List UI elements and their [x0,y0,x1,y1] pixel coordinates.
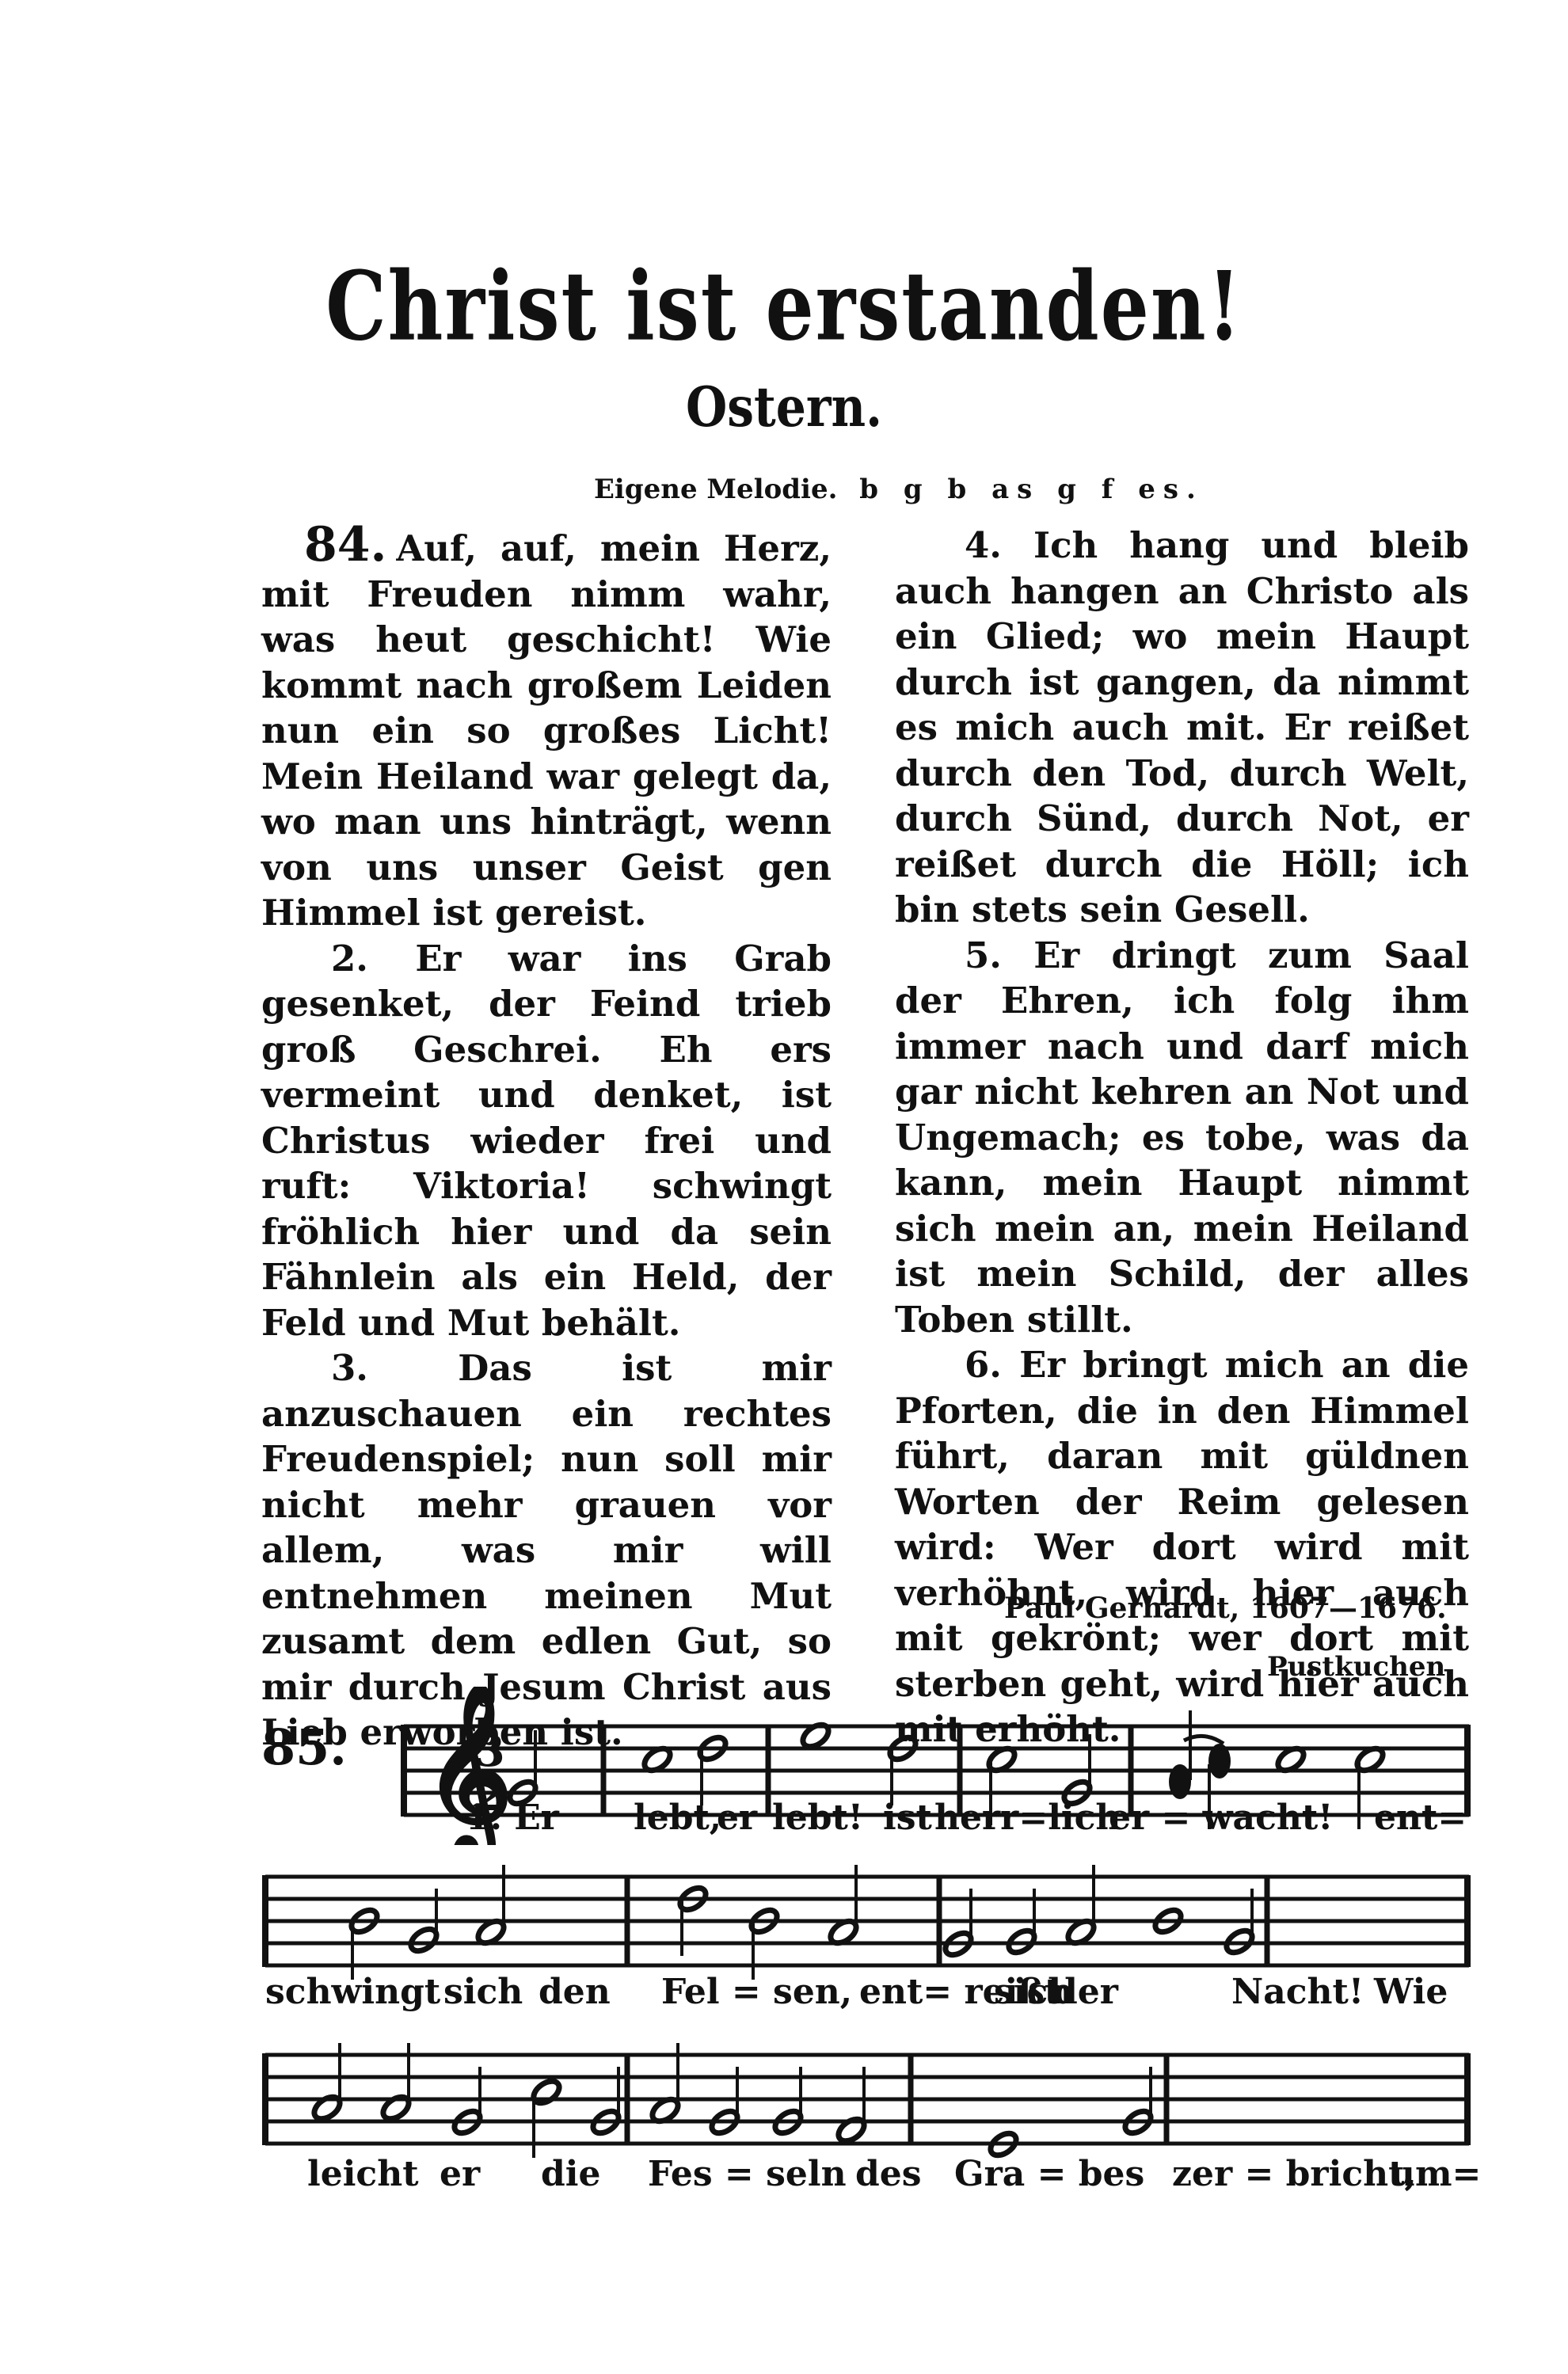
lyric: um= [1390,2154,1481,2194]
hymn85-number: 85. [261,1718,347,1776]
lyric: ent= [1374,1798,1467,1838]
hymn84-left-column: 84.Auf, auf, mein Herz, mit Freuden nimm… [261,523,832,1756]
verse-text: Er dringt zum Saal der Ehren, ich folg i… [895,934,1469,1341]
melody-label: Eigene Melodie. [594,474,837,505]
verse-text: Ich hang und bleib auch hangen an Christ… [895,524,1469,930]
lyrics-line-2: schwingt sich den Fel = sen, ent= reißt … [0,1972,1568,2019]
page-subtitle: Ostern. [0,376,1568,440]
hymn84-verse-2: 2. Er war ins Grab gesenket, der Feind t… [261,936,832,1346]
melody-line: Eigene Melodie. b g b as g f es. [594,474,1204,505]
lyric: er [717,1798,757,1838]
verse-number: 2. [331,938,368,980]
verse-text: Er war ins Grab gesenket, der Feind trie… [261,938,832,1344]
lyric: der [1053,1972,1118,2012]
hymn84-author: Paul Gerhardt, 1607—1676. [1004,1592,1447,1625]
lyric: Fes = seln [648,2154,847,2194]
lyric: er [440,2154,480,2194]
lyric: Nacht! [1231,1972,1364,2012]
lyric: lebt, [634,1798,721,1838]
lyric: lebt! [772,1798,863,1838]
melody-notes: b g b as g f es. [859,474,1204,505]
lyric: den [539,1972,611,2012]
verse-number: 5. [965,934,1002,976]
svg-text:3: 3 [475,1725,505,1776]
lyrics-line-3: leicht er die Fes = seln des Gra = bes z… [0,2154,1568,2201]
lyric: Wie [1374,1972,1448,2012]
hymn84-verse-5: 5. Er dringt zum Saal der Ehren, ich fol… [895,933,1469,1343]
hymn84-right-column: 4. Ich hang und bleib auch hangen an Chr… [895,523,1469,1752]
hymn84-verse-1: 84.Auf, auf, mein Herz, mit Freuden nimm… [261,523,832,936]
hymn84-number: 84. [304,517,386,573]
lyric: schwingt [265,1972,440,2012]
verse-text: Auf, auf, mein Herz, mit Freuden nimm wa… [261,527,832,934]
verse-number: 3. [331,1347,368,1389]
lyric: Gra = bes [954,2154,1144,2194]
lyric: leicht [307,2154,419,2194]
lyrics-line-1: 1. Er lebt, er lebt! ist herr=lich er = … [0,1798,1568,1845]
verse-number: 6. [965,1344,1002,1386]
lyric: sich [443,1972,523,2012]
hymn84-verse-4: 4. Ich hang und bleib auch hangen an Chr… [895,523,1469,933]
lyric: er = wacht! [1109,1798,1334,1838]
hymn85-tune-name: Pustkuchen. [1267,1651,1455,1683]
lyric: zer = bricht, [1172,2154,1417,2194]
lyric: 1. Er [466,1798,559,1838]
lyric: ist [883,1798,932,1838]
lyric: des [855,2154,922,2194]
verse-number: 4. [965,524,1002,566]
lyric: die [541,2154,600,2194]
lyric: Fel = sen, [661,1972,852,2012]
lyric: herr=lich [934,1798,1121,1838]
page-title: Christ ist erstanden! [0,250,1568,362]
